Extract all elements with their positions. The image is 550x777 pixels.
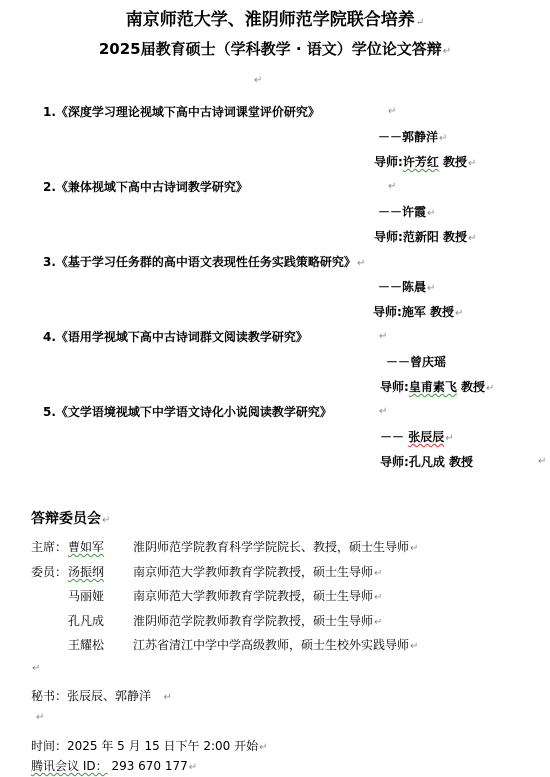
paragraph-mark-icon: ↵ bbox=[388, 106, 396, 117]
advisor-label: 导师: bbox=[374, 230, 403, 244]
member-desc-text: 江苏省清江中学中学高级教师，硕士生校外实践导师 bbox=[133, 638, 409, 652]
paragraph-mark-icon: ↵ bbox=[374, 568, 382, 579]
member-desc-text: 南京师范大学教师教育学院教授，硕士生导师 bbox=[133, 565, 373, 579]
paragraph-mark-icon: ↵ bbox=[468, 158, 476, 169]
subtitle-text: 2025届教育硕士（学科教学 · 语文）学位论文答辩 bbox=[99, 40, 442, 58]
member-desc: 江苏省清江中学中学高级教师，硕士生校外实践导师↵ bbox=[133, 636, 418, 653]
advisor-title: 教授 bbox=[443, 230, 467, 244]
author-name: 陈晨 bbox=[402, 280, 426, 294]
thesis-number: 2. bbox=[43, 180, 56, 194]
dash: －－ bbox=[386, 355, 410, 369]
dash: －－ bbox=[380, 430, 408, 444]
paragraph-mark-icon: ↵ bbox=[102, 515, 110, 526]
thesis-title-1: 1.《深度学习理论视域下高中古诗词课堂评价研究》 bbox=[43, 103, 320, 120]
committee-member-row: 主席： 曹如军 淮阴师范学院教育科学学院院长、教授，硕士生导师↵ bbox=[0, 538, 550, 556]
thesis-advisor-1: 导师:许芳红 教授↵ bbox=[374, 153, 476, 170]
paragraph-mark-icon: ↵ bbox=[486, 383, 494, 394]
author-name: 张辰辰 bbox=[408, 430, 444, 444]
paragraph-mark-icon: ↵ bbox=[379, 331, 387, 342]
paragraph-mark-icon: ↵ bbox=[445, 433, 453, 444]
meeting-id-value: 293 670 177 bbox=[111, 759, 187, 773]
member-name: 曹如军 bbox=[68, 538, 104, 555]
dash: －－ bbox=[378, 130, 402, 144]
thesis-title-3: 3.《基于学习任务群的高中语文表现性任务实践策略研究》↵ bbox=[43, 253, 365, 270]
paragraph-mark-icon: ↵ bbox=[163, 692, 171, 703]
author-name: 许霞 bbox=[402, 205, 426, 219]
thesis-title: 《文学语境视域下中学语文诗化小说阅读教学研究》 bbox=[56, 405, 332, 419]
committee-heading: 答辩委员会↵ bbox=[31, 508, 110, 528]
paragraph-mark-icon: ↵ bbox=[416, 17, 424, 28]
advisor-name: 皇甫素飞 bbox=[409, 380, 457, 394]
member-desc: 南京师范大学教师教育学院教授，硕士生导师↵ bbox=[133, 563, 382, 580]
member-desc: 南京师范大学教师教育学院教授，硕士生导师↵ bbox=[133, 587, 382, 604]
thesis-author-3: －－陈晨↵ bbox=[378, 278, 435, 295]
advisor-name: 施军 bbox=[402, 305, 426, 319]
member-name: 王耀松 bbox=[68, 636, 104, 653]
paragraph-mark-icon: ↵ bbox=[259, 742, 267, 753]
advisor-name: 范新阳 bbox=[403, 230, 439, 244]
thesis-title-2: 2.《兼体视域下高中古诗词教学研究》 bbox=[43, 178, 248, 195]
thesis-author-5: －－ 张辰辰↵ bbox=[380, 428, 454, 445]
secretary-line: 秘书：张辰辰、郭静洋 ↵ bbox=[31, 687, 172, 704]
dash: －－ bbox=[378, 205, 402, 219]
advisor-label: 导师: bbox=[373, 305, 402, 319]
member-name: 马丽娅 bbox=[68, 587, 104, 604]
thesis-number: 1. bbox=[43, 105, 56, 119]
member-desc: 淮阴师范学院教师教育学院教授，硕士生导师↵ bbox=[133, 612, 382, 629]
thesis-title: 《深度学习理论视域下高中古诗词课堂评价研究》 bbox=[56, 105, 320, 119]
paragraph-mark-icon: ↵ bbox=[254, 75, 262, 86]
time-line: 时间：2025 年 5 月 15 日下午 2:00 开始↵ bbox=[31, 737, 268, 754]
advisor-title: 教授 bbox=[430, 305, 454, 319]
secretary-names: 张辰辰、郭静洋 bbox=[67, 689, 151, 703]
member-desc-text: 南京师范大学教师教育学院教授，硕士生导师 bbox=[133, 589, 373, 603]
paragraph-mark-icon: ↵ bbox=[538, 456, 546, 467]
secretary-label: 秘书： bbox=[31, 689, 67, 703]
title-text: 南京师范大学、淮阴师范学院联合培养 bbox=[126, 10, 415, 30]
author-name: 郭静洋 bbox=[402, 130, 438, 144]
paragraph-mark-icon: ↵ bbox=[36, 712, 44, 723]
time-label: 时间： bbox=[31, 739, 67, 753]
committee-member-row: 王耀松 江苏省清江中学中学高级教师，硕士生校外实践导师↵ bbox=[0, 636, 550, 654]
time-value: 2025 年 5 月 15 日下午 2:00 开始 bbox=[67, 739, 258, 753]
member-name: 汤振纲 bbox=[68, 563, 104, 580]
paragraph-mark-icon: ↵ bbox=[374, 592, 382, 603]
thesis-advisor-3: 导师:施军 教授↵ bbox=[373, 303, 463, 320]
committee-member-row: 马丽娅 南京师范大学教师教育学院教授，硕士生导师↵ bbox=[0, 587, 550, 605]
advisor-label: 导师: bbox=[374, 155, 403, 169]
member-desc: 淮阴师范学院教育科学学院院长、教授，硕士生导师↵ bbox=[133, 538, 418, 555]
paragraph-mark-icon: ↵ bbox=[439, 133, 447, 144]
thesis-number: 3. bbox=[43, 255, 56, 269]
meeting-label: 腾讯会议 ID： bbox=[31, 759, 108, 773]
author-name: 曾庆瑶 bbox=[410, 355, 446, 369]
advisor-name: 孔凡成 bbox=[409, 455, 445, 469]
thesis-title: 《基于学习任务群的高中语文表现性任务实践策略研究》 bbox=[56, 255, 356, 269]
thesis-number: 4. bbox=[43, 330, 56, 344]
paragraph-mark-icon: ↵ bbox=[32, 663, 40, 674]
advisor-title: 教授 bbox=[443, 155, 467, 169]
thesis-advisor-5: 导师:孔凡成 教授 bbox=[380, 453, 473, 470]
thesis-title-5: 5.《文学语境视域下中学语文诗化小说阅读教学研究》 bbox=[43, 403, 332, 420]
advisor-label: 导师: bbox=[380, 455, 409, 469]
thesis-number: 5. bbox=[43, 405, 56, 419]
advisor-title: 教授 bbox=[449, 455, 473, 469]
meeting-id-line: 腾讯会议 ID： 293 670 177↵ bbox=[31, 757, 197, 774]
member-role: 主席： bbox=[31, 538, 67, 555]
committee-heading-text: 答辩委员会 bbox=[31, 511, 101, 527]
committee-member-row: 孔凡成 淮阴师范学院教师教育学院教授，硕士生导师↵ bbox=[0, 612, 550, 630]
thesis-title: 《语用学视域下高中古诗词群文阅读教学研究》 bbox=[56, 330, 308, 344]
member-desc-text: 淮阴师范学院教育科学学院院长、教授，硕士生导师 bbox=[133, 540, 409, 554]
thesis-author-1: －－郭静洋↵ bbox=[378, 128, 447, 145]
paragraph-mark-icon: ↵ bbox=[357, 258, 365, 269]
paragraph-mark-icon: ↵ bbox=[427, 283, 435, 294]
thesis-advisor-2: 导师:范新阳 教授↵ bbox=[374, 228, 476, 245]
paragraph-mark-icon: ↵ bbox=[427, 208, 435, 219]
member-role: 委员： bbox=[31, 563, 67, 580]
member-name: 孔凡成 bbox=[68, 612, 104, 629]
thesis-title: 《兼体视域下高中古诗词教学研究》 bbox=[56, 180, 248, 194]
thesis-advisor-4: 导师:皇甫素飞 教授↵ bbox=[380, 378, 494, 395]
title-line-1: 南京师范大学、淮阴师范学院联合培养↵ bbox=[0, 5, 550, 30]
advisor-label: 导师: bbox=[380, 380, 409, 394]
thesis-title-4: 4.《语用学视域下高中古诗词群文阅读教学研究》 bbox=[43, 328, 308, 345]
paragraph-mark-icon: ↵ bbox=[410, 641, 418, 652]
paragraph-mark-icon: ↵ bbox=[379, 406, 387, 417]
paragraph-mark-icon: ↵ bbox=[443, 46, 451, 57]
paragraph-mark-icon: ↵ bbox=[374, 617, 382, 628]
advisor-title: 教授 bbox=[461, 380, 485, 394]
dash: －－ bbox=[378, 280, 402, 294]
paragraph-mark-icon: ↵ bbox=[455, 308, 463, 319]
paragraph-mark-icon: ↵ bbox=[189, 762, 197, 773]
title-line-2: 2025届教育硕士（学科教学 · 语文）学位论文答辩↵ bbox=[0, 38, 550, 59]
advisor-name: 许芳红 bbox=[403, 155, 439, 169]
member-desc-text: 淮阴师范学院教师教育学院教授，硕士生导师 bbox=[133, 614, 373, 628]
paragraph-mark-icon: ↵ bbox=[388, 181, 396, 192]
thesis-author-4: －－曾庆瑶 bbox=[386, 353, 446, 370]
committee-member-row: 委员： 汤振纲 南京师范大学教师教育学院教授，硕士生导师↵ bbox=[0, 563, 550, 581]
paragraph-mark-icon: ↵ bbox=[410, 543, 418, 554]
paragraph-mark-icon: ↵ bbox=[468, 233, 476, 244]
thesis-author-2: －－许霞↵ bbox=[378, 203, 435, 220]
